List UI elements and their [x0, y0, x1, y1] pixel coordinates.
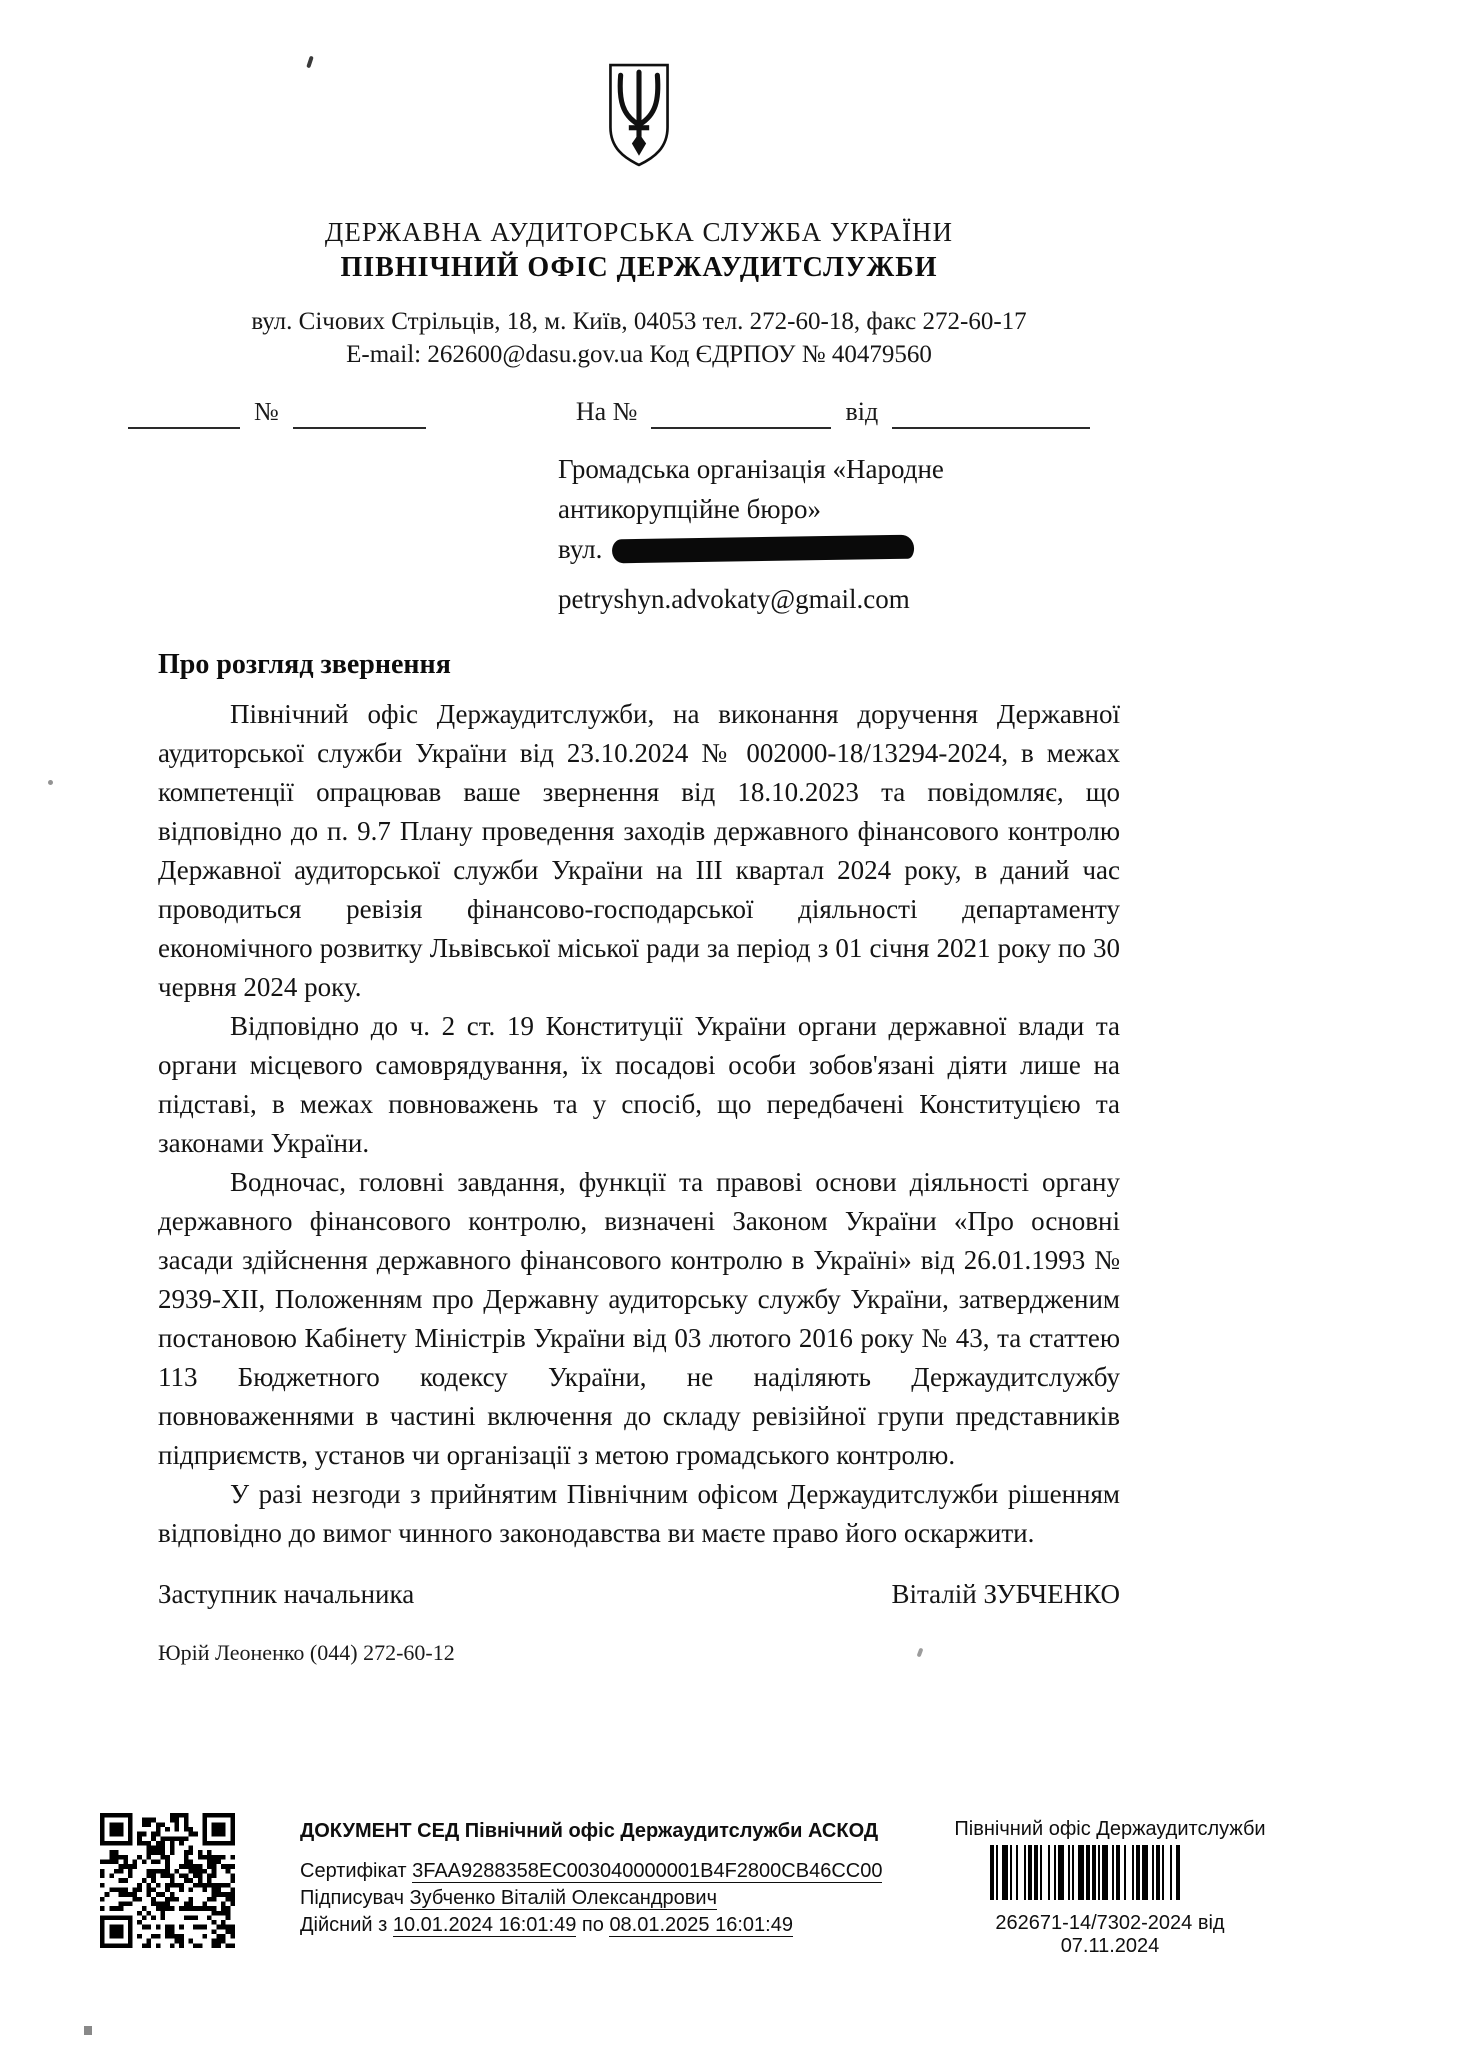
valid-to-label: по: [582, 1914, 604, 1936]
signer-value: Зубченко Віталій Олександрович: [410, 1887, 717, 1910]
letterhead: ДЕРЖАВНА АУДИТОРСЬКА СЛУЖБА УКРАЇНИ ПІВН…: [158, 217, 1120, 369]
scan-artifact: [84, 2026, 92, 2035]
paragraph-1: Північний офіс Держаудитслужби, на викон…: [158, 695, 1120, 1007]
email-line: E-mail: 262600@dasu.gov.ua Код ЄДРПОУ № …: [158, 341, 1120, 369]
sed-system-line: ДОКУМЕНТ СЕД Північний офіс Держаудитслу…: [300, 1820, 882, 1843]
letter-content: ДЕРЖАВНА АУДИТОРСЬКА СЛУЖБА УКРАЇНИ ПІВН…: [158, 0, 1120, 1666]
emblem-wrap: [158, 0, 1120, 173]
certificate-line: Сертифікат 3FAA9288358EC003040000001B4F2…: [300, 1860, 882, 1883]
recipient-street-line: вул.: [558, 529, 1120, 569]
ref-no-label: №: [254, 397, 279, 429]
stamp-org-name: Північний офіс Держаудитслужби: [945, 1818, 1275, 1841]
ref-underline: [892, 421, 1090, 429]
street-prefix: вул.: [558, 534, 602, 564]
signer-title: Заступник начальника: [158, 1579, 414, 1610]
ukraine-trident-emblem: [606, 62, 672, 173]
letter-body: Північний офіс Держаудитслужби, на викон…: [158, 695, 1120, 1553]
qr-code: [100, 1813, 235, 1948]
recipient-email: petryshyn.advokaty@gmail.com: [558, 579, 1120, 619]
document-number: 262671-14/7302-2024 від 07.11.2024: [945, 1912, 1275, 1958]
scanned-letter-page: ДЕРЖАВНА АУДИТОРСЬКА СЛУЖБА УКРАЇНИ ПІВН…: [0, 0, 1476, 2048]
reference-row: № На № від: [128, 397, 1120, 429]
document-barcode: [945, 1845, 1275, 1906]
ref-vid-label: від: [845, 397, 878, 429]
ref-underline: [651, 421, 831, 429]
paragraph-4: У разі незгоди з прийнятим Північним офі…: [158, 1475, 1120, 1553]
address-line: вул. Січових Стрільців, 18, м. Київ, 040…: [158, 308, 1120, 336]
paragraph-2: Відповідно до ч. 2 ст. 19 Конституції Ук…: [158, 1007, 1120, 1163]
ref-na-label: На №: [576, 397, 638, 429]
ref-underline: [293, 421, 426, 429]
office-name: ПІВНІЧНИЙ ОФІС ДЕРЖАУДИТСЛУЖБИ: [158, 252, 1120, 284]
org-name: ДЕРЖАВНА АУДИТОРСЬКА СЛУЖБА УКРАЇНИ: [158, 217, 1120, 248]
redaction-bar: [612, 535, 914, 564]
valid-to: 08.01.2025 16:01:49: [609, 1914, 793, 1937]
recipient-block: Громадська організація «Народне антикору…: [558, 449, 1120, 619]
signer-label: Підписувач: [300, 1887, 404, 1909]
scan-artifact: [48, 780, 53, 785]
recipient-line2: антикорупційне бюро»: [558, 489, 1120, 529]
certificate-label: Сертифікат: [300, 1860, 407, 1882]
signature-row: Заступник начальника Віталій ЗУБЧЕНКО: [158, 1579, 1120, 1610]
paragraph-3: Водночас, головні завдання, функції та п…: [158, 1163, 1120, 1475]
valid-from: 10.01.2024 16:01:49: [393, 1914, 577, 1937]
validity-line: Дійсний з 10.01.2024 16:01:49 по 08.01.2…: [300, 1914, 882, 1937]
signer-line: Підписувач Зубченко Віталій Олександрови…: [300, 1887, 882, 1910]
ref-underline: [128, 421, 240, 429]
contact-person: Юрій Леоненко (044) 272-60-12: [158, 1640, 1120, 1666]
registration-stamp: Північний офіс Держаудитслужби 262671-14…: [945, 1818, 1275, 1958]
recipient-line1: Громадська організація «Народне: [558, 449, 1120, 489]
valid-label: Дійсний з: [300, 1914, 387, 1936]
signer-name: Віталій ЗУБЧЕНКО: [891, 1579, 1120, 1610]
footer-signature-info: ДОКУМЕНТ СЕД Північний офіс Держаудитслу…: [300, 1820, 882, 1937]
certificate-value: 3FAA9288358EC003040000001B4F2800CB46CC00: [412, 1860, 882, 1883]
subject-line: Про розгляд звернення: [158, 649, 1120, 681]
